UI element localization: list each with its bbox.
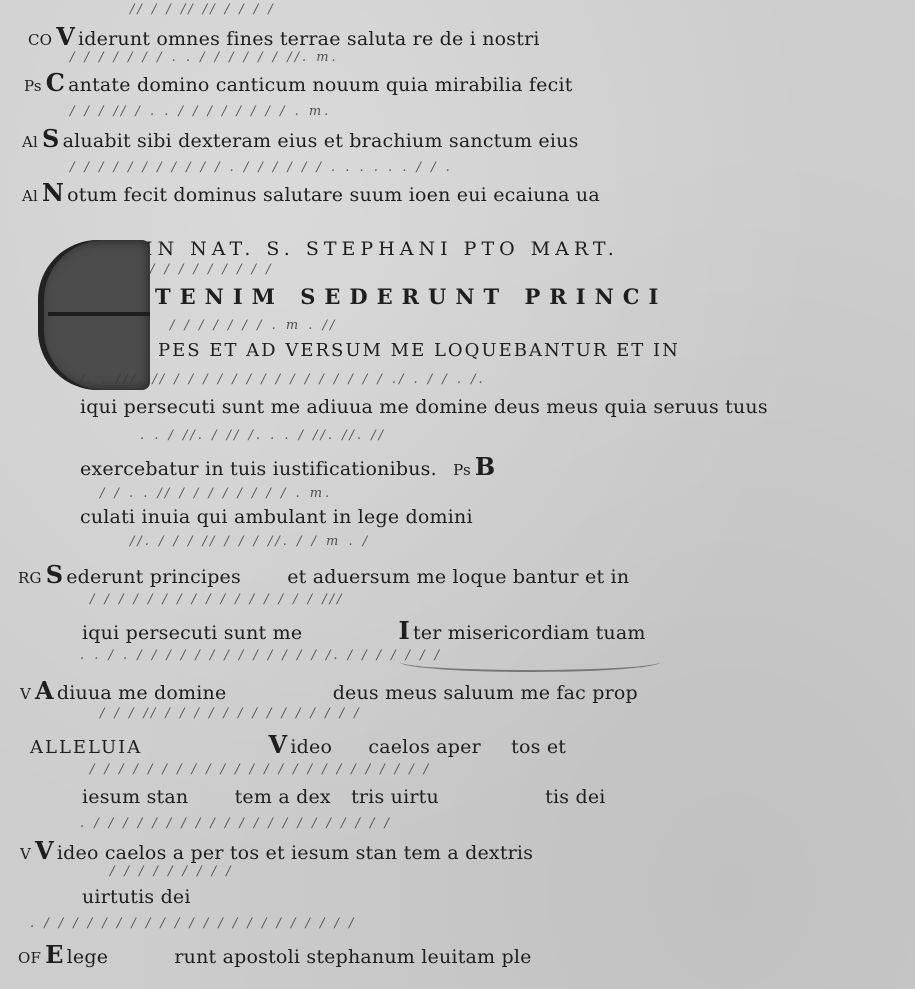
neume-row: / / . . // / / / / / / / / . m. <box>100 486 332 501</box>
chant-text: tris uirtu <box>351 786 439 808</box>
neume-row: . / / / / / / / / / / / / / / / / / / / … <box>30 916 356 931</box>
initial-letter: V <box>56 22 75 51</box>
neume-row: / / / / / / / / / / / / / / / / / / / / … <box>90 762 431 777</box>
initial-letter: C <box>46 68 65 97</box>
neume-row: / / / / / / / / / <box>150 262 273 277</box>
chant-text: ederunt principes <box>66 566 241 588</box>
gradual-line: RGSederunt principes et aduersum me loqu… <box>18 560 629 589</box>
initial-letter: S <box>46 560 64 589</box>
chant-text: ideo <box>290 736 332 758</box>
line-label: V <box>20 845 31 863</box>
initial-letter: I <box>399 616 410 645</box>
decorated-initial-e <box>38 240 150 390</box>
chant-text: ter misericordiam tuam <box>413 622 646 644</box>
verse-line: VAdiuua me domine deus meus saluum me fa… <box>20 676 638 705</box>
introit-line-3: iqui persecuti sunt me adiuua me domine … <box>80 396 768 418</box>
chant-text: iderunt omnes fines terrae saluta re de … <box>78 28 540 50</box>
introit-line-4: exercebatur in tuis iustificationibus. P… <box>80 452 498 481</box>
line-label: Al <box>22 133 38 151</box>
neume-row: / / / // / / / / / / / / / / / / / / <box>100 706 361 721</box>
alleluia-verse-line-2: AlNotum fecit dominus salutare suum ioen… <box>22 178 600 207</box>
alleluia-title: ALLELUIA <box>30 737 142 758</box>
alleluia-line: ALLELUIA Video caelos aper tos et <box>30 730 566 759</box>
feast-rubric-heading: IN NAT. S. STEPHANI PTO MART. <box>145 238 619 260</box>
line-label: OF <box>18 949 41 967</box>
chant-text: tem a dex <box>235 786 331 808</box>
alleluia-verse-line: AlSaluabit sibi dexteram eius et brachiu… <box>22 124 579 153</box>
initial-letter: E <box>45 940 64 969</box>
neume-row: / / / // / . . / / / / / / / / . m. <box>70 104 331 119</box>
neume-row: // / / // // / / / / <box>130 2 276 17</box>
introit-line-5: culati inuia qui ambulant in lege domini <box>80 506 473 528</box>
chant-text: iesum stan <box>82 786 188 808</box>
line-label: RG <box>18 569 42 587</box>
neume-row: / / / / / / / . . / / / / / / //. m. <box>70 50 339 65</box>
neume-row: / / / / / / / / / / / / / / / / /// <box>90 592 344 607</box>
line-label: V <box>20 685 31 703</box>
neume-row: . . / . / / / / / / / / / / / / / /. / /… <box>80 648 442 663</box>
chant-text: antate domino canticum nouum quia mirabi… <box>68 74 572 96</box>
neume-row: . . / //. / // /. . . / //. //. // <box>140 428 386 443</box>
chant-text: aluabit sibi dexteram eius et brachium s… <box>63 130 579 152</box>
chant-text: tis dei <box>545 786 605 808</box>
verse2-line-2: uirtutis dei <box>82 886 191 908</box>
introit-line-2: PES ET AD VERSUM ME LOQUEBANTUR ET IN <box>158 340 680 361</box>
chant-text: deus meus saluum me fac prop <box>333 682 638 704</box>
neume-row: / / / / / / / . m . // <box>170 318 337 333</box>
communion-line: COViderunt omnes fines terrae saluta re … <box>28 22 540 51</box>
initial-letter: B <box>475 452 496 481</box>
chant-text: lege <box>67 946 109 968</box>
chant-text: iqui persecuti sunt me <box>82 622 302 644</box>
verse2-line: VVideo caelos a per tos et iesum stan te… <box>20 836 533 865</box>
neume-row: / / / / / / / / / / / . / / / / / / . . … <box>70 160 453 175</box>
chant-text: runt apostoli stephanum leuitam ple <box>174 946 531 968</box>
initial-letter: V <box>35 836 54 865</box>
neume-row: . / / / / / / / / / / / / / / / / / / / … <box>80 816 392 831</box>
neume-ligature-curve <box>400 652 660 672</box>
line-label: Ps <box>24 77 42 95</box>
chant-text: et aduersum me loque bantur et in <box>287 566 629 588</box>
introit-display-line: TENIM SEDERUNT PRINCI <box>155 284 667 309</box>
initial-letter: A <box>35 676 54 705</box>
chant-text: diuua me domine <box>57 682 227 704</box>
initial-letter: N <box>42 178 64 207</box>
initial-letter: V <box>269 730 288 759</box>
alleluia-line-2: iesum stan tem a dex tris uirtu tis dei <box>82 786 606 808</box>
neume-row: //. / / / // / / / //. / / m . / <box>130 534 370 549</box>
psalm-label: Ps <box>453 461 471 479</box>
chant-text: otum fecit dominus salutare suum ioen eu… <box>67 184 600 206</box>
line-label: Al <box>22 187 38 205</box>
manuscript-page: // / / // // / / / / COViderunt omnes fi… <box>0 0 915 989</box>
psalm-line: PsCantate domino canticum nouum quia mir… <box>24 68 573 97</box>
line-label: CO <box>28 31 52 49</box>
offertory-line: OFElege runt apostoli stephanum leuitam … <box>18 940 532 969</box>
neume-row: / / / / / / / / / <box>110 864 233 879</box>
gradual-line-2: iqui persecuti sunt me Iter misericordia… <box>82 616 646 645</box>
neume-row: /. . ///. // / / / / / / / / / / / / / /… <box>80 372 486 387</box>
chant-text: caelos aper <box>368 736 481 758</box>
initial-letter: S <box>42 124 60 153</box>
chant-text: tos et <box>511 736 566 758</box>
chant-text: exercebatur in tuis iustificationibus. <box>80 458 437 480</box>
chant-text: ideo caelos a per tos et iesum stan tem … <box>57 842 533 864</box>
